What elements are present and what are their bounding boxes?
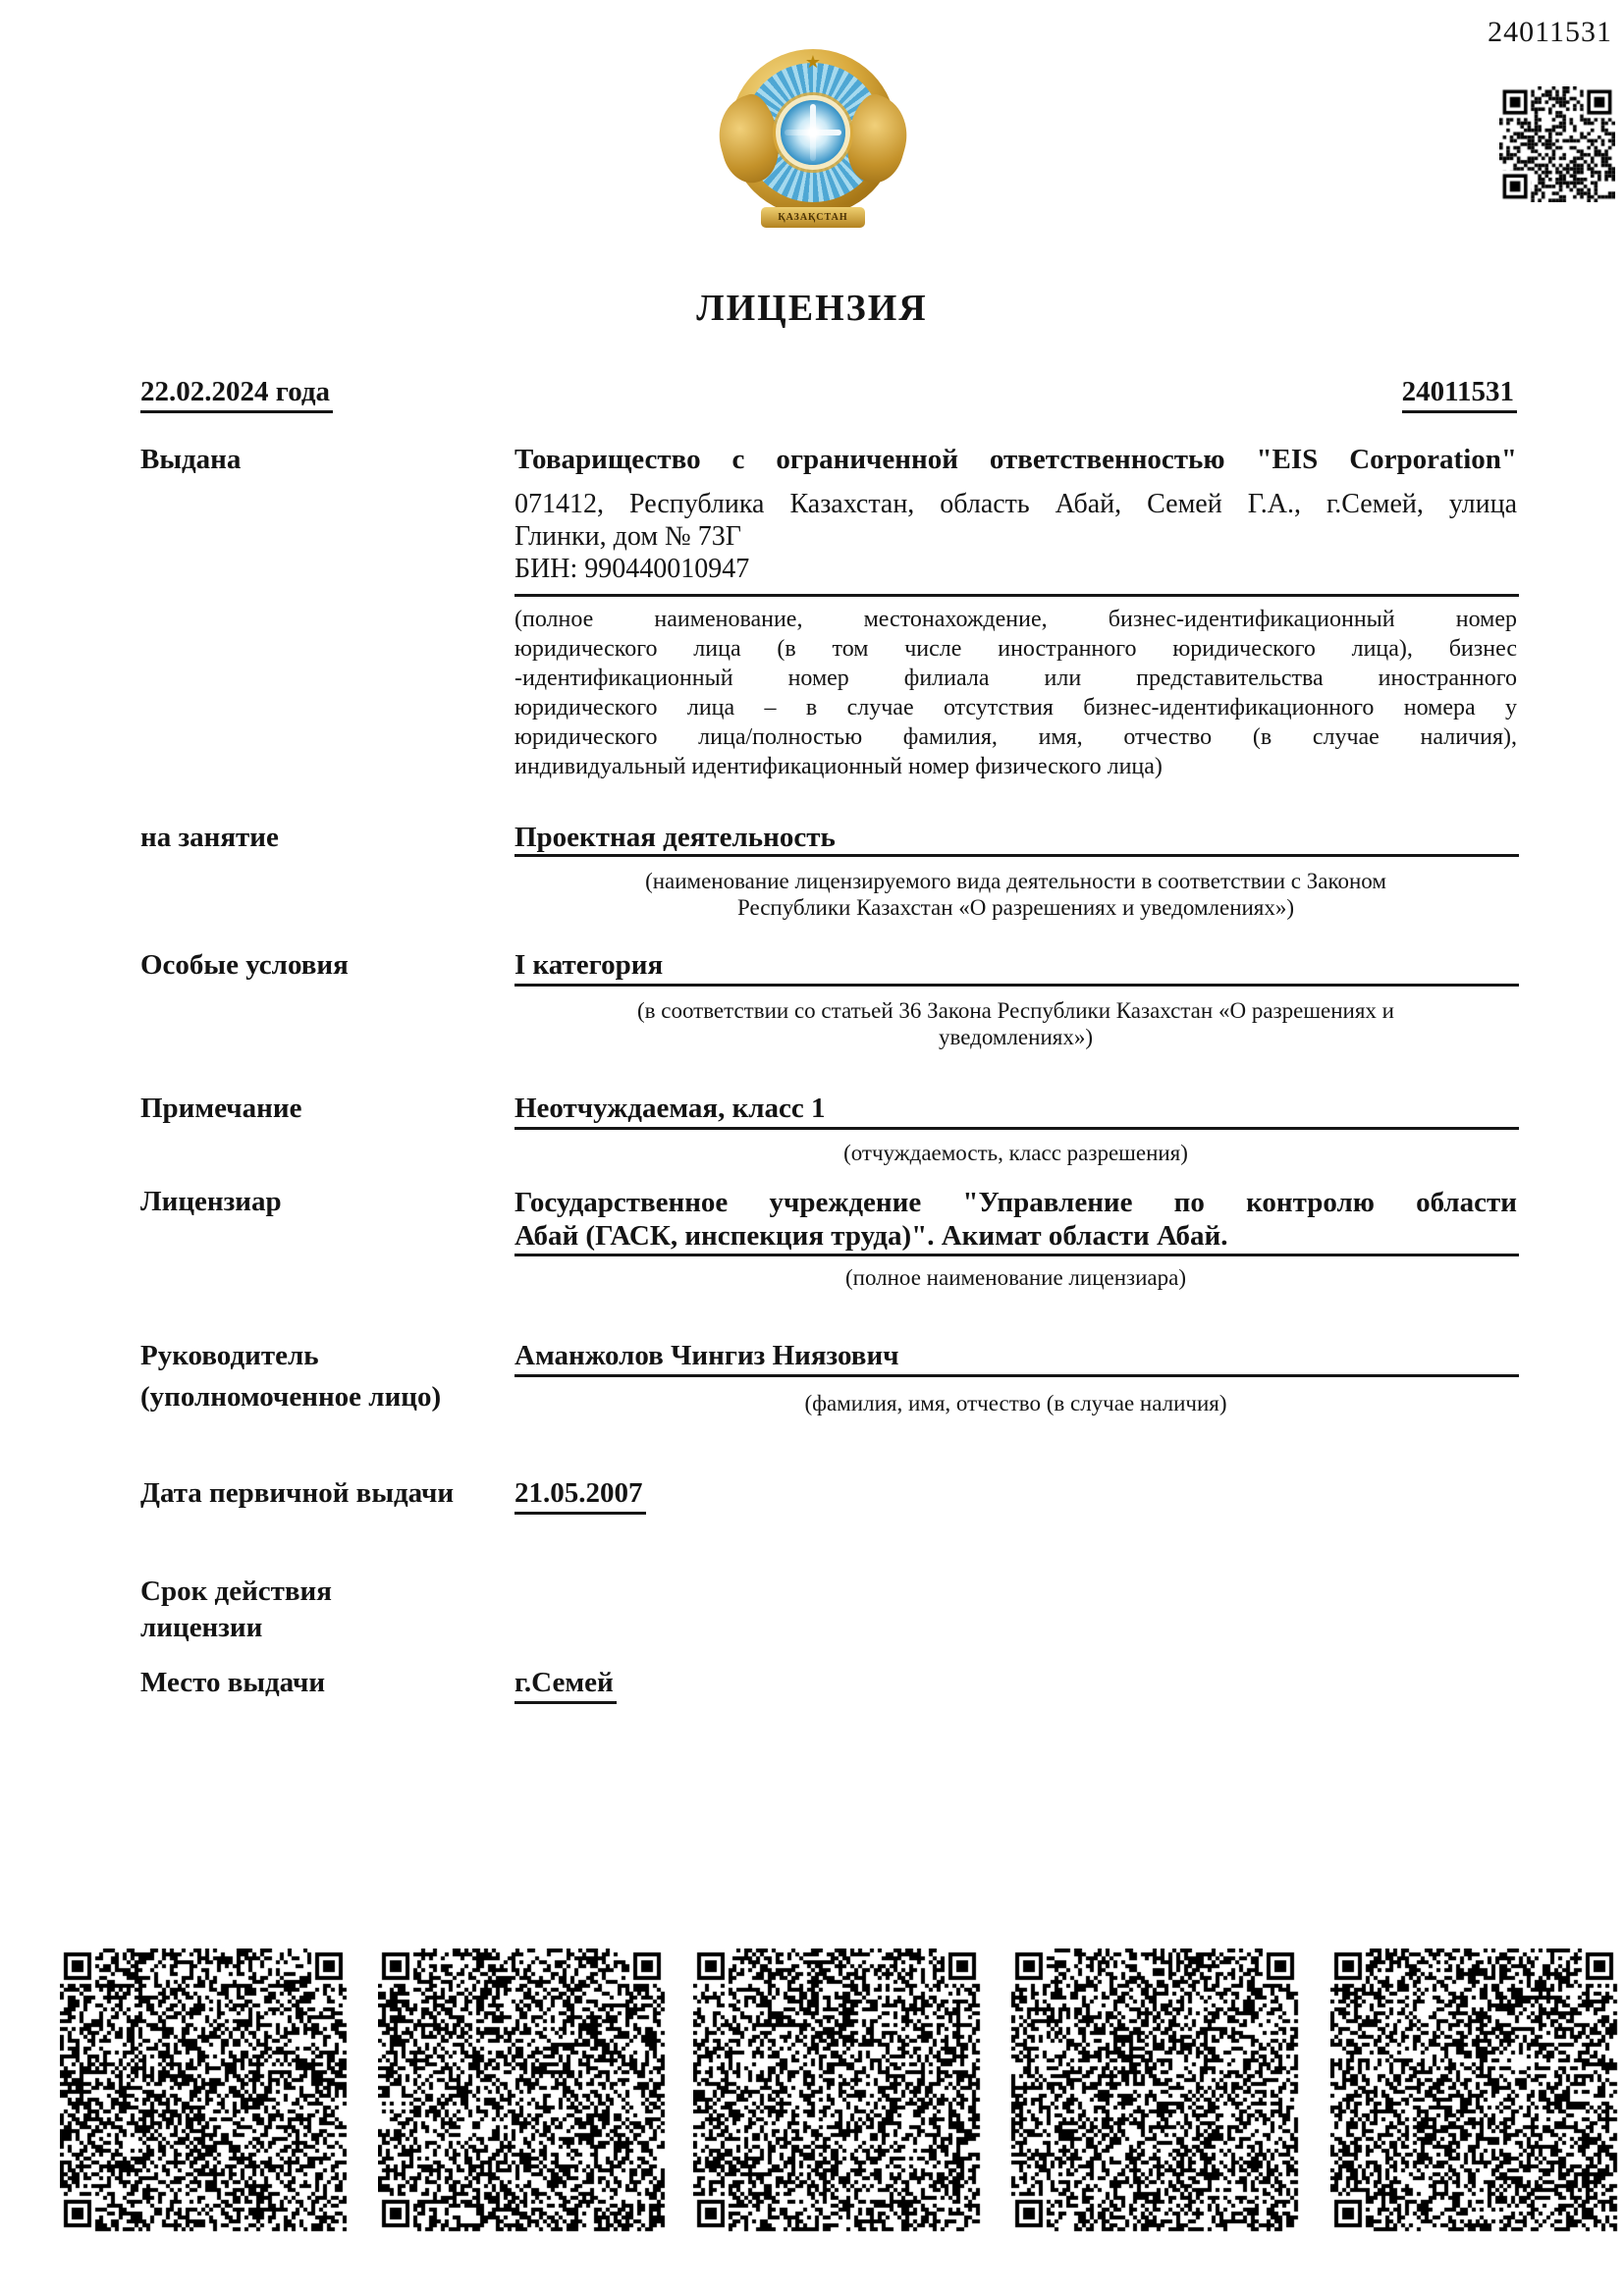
- field-label-special-conditions: Особые условия: [140, 949, 349, 982]
- license-number: 24011531: [1402, 376, 1517, 413]
- field-value-issued-to: Товарищество с ограниченной ответственно…: [514, 444, 1517, 476]
- field-value-remark: Неотчуждаемая, класс 1: [514, 1093, 1517, 1125]
- field-label-head: Руководитель: [140, 1340, 319, 1372]
- field-label-activity: на занятие: [140, 822, 279, 854]
- licensor-line: Государственное учреждение "Управление п…: [514, 1186, 1517, 1219]
- field-value-licensor: Государственное учреждение "Управление п…: [514, 1186, 1517, 1253]
- explanation-line: индивидуальный идентификационный номер ф…: [514, 752, 1517, 781]
- licensor-line: Абай (ГАСК, инспекция труда)". Акимат об…: [514, 1219, 1517, 1253]
- licensor-caption: (полное наименование лицензиара): [514, 1264, 1517, 1291]
- document-title: ЛИЦЕНЗИЯ: [0, 287, 1624, 330]
- remark-value: Неотчуждаемая, класс 1: [514, 1093, 1517, 1125]
- caption-line: Республики Казахстан «О разрешениях и ув…: [514, 894, 1517, 921]
- field-label-head-authorized: (уполномоченное лицо): [140, 1381, 441, 1414]
- divider-line: [514, 1127, 1519, 1130]
- activity-value: Проектная деятельность: [514, 822, 1517, 854]
- field-value-special-conditions: I категория: [514, 949, 1517, 982]
- special-conditions-caption: (в соответствии со статьей 36 Закона Рес…: [514, 997, 1517, 1050]
- kazakhstan-state-emblem-icon: ★ ҚАЗАҚСТАН: [727, 47, 899, 224]
- field-value-issue-place: г.Семей: [514, 1667, 1517, 1704]
- field-value-first-issue-date: 21.05.2007: [514, 1477, 1517, 1515]
- issue-date: 22.02.2024 года: [140, 376, 333, 413]
- explanation-line: юридического лица (в том числе иностранн…: [514, 634, 1517, 664]
- field-label-first-issue-date: Дата первичной выдачи: [140, 1477, 454, 1510]
- caption-line: (отчуждаемость, класс разрешения): [514, 1140, 1517, 1166]
- company-address: 071412, Республика Казахстан, область Аб…: [514, 488, 1517, 585]
- special-conditions-value: I категория: [514, 949, 1517, 982]
- field-label-validity: Срок действия лицензии: [140, 1574, 332, 1646]
- caption-line: (полное наименование лицензиара): [514, 1264, 1517, 1291]
- explanation-line: юридического лица – в случае отсутствия …: [514, 693, 1517, 722]
- address-line: 071412, Республика Казахстан, область Аб…: [514, 488, 1517, 520]
- divider-line: [514, 594, 1519, 597]
- signature-barcode-1: [60, 1949, 349, 2233]
- explanation-line: юридического лица/полностью фамилия, имя…: [514, 722, 1517, 752]
- head-name: Аманжолов Чингиз Ниязович: [514, 1340, 1517, 1372]
- issued-to-explanation: (полное наименование, местонахождение, б…: [514, 605, 1517, 781]
- address-line: Глинки, дом № 73Г: [514, 520, 1517, 553]
- caption-line: (фамилия, имя, отчество (в случае наличи…: [514, 1390, 1517, 1416]
- field-label-issued-to: Выдана: [140, 444, 241, 476]
- date-number-row: 24011531 22.02.2024 года: [140, 376, 1517, 413]
- remark-caption: (отчуждаемость, класс разрешения): [514, 1140, 1517, 1166]
- page-number: 24011531: [1488, 16, 1612, 49]
- explanation-line: (полное наименование, местонахождение, б…: [514, 605, 1517, 634]
- field-label-remark: Примечание: [140, 1093, 301, 1125]
- validity-label-line: лицензии: [140, 1610, 332, 1646]
- signature-barcode-3: [693, 1949, 982, 2233]
- signature-barcode-5: [1330, 1949, 1619, 2233]
- divider-line: [514, 1254, 1519, 1256]
- signature-barcode-2: [378, 1949, 667, 2233]
- divider-line: [514, 984, 1519, 987]
- caption-line: (наименование лицензируемого вида деятел…: [514, 868, 1517, 894]
- qr-code: [1499, 86, 1615, 202]
- company-bin: БИН: 990440010947: [514, 553, 1517, 585]
- emblem-star-icon: ★: [805, 53, 821, 71]
- issue-place: г.Семей: [514, 1667, 617, 1704]
- divider-line: [514, 1374, 1519, 1377]
- caption-line: (в соответствии со статьей 36 Закона Рес…: [514, 997, 1517, 1024]
- license-document: 24011531 ★ ҚАЗАҚСТАН ЛИЦЕНЗИЯ 24011531 2…: [0, 0, 1624, 2296]
- emblem-shanyrak: [781, 100, 845, 165]
- field-value-activity: Проектная деятельность: [514, 822, 1517, 854]
- emblem-banner: ҚАЗАҚСТАН: [761, 207, 865, 228]
- first-issue-date: 21.05.2007: [514, 1477, 646, 1515]
- signature-barcode-4: [1011, 1949, 1300, 2233]
- field-value-head: Аманжолов Чингиз Ниязович: [514, 1340, 1517, 1372]
- validity-label-line: Срок действия: [140, 1574, 332, 1610]
- head-caption: (фамилия, имя, отчество (в случае наличи…: [514, 1390, 1517, 1416]
- company-name: Товарищество с ограниченной ответственно…: [514, 444, 1517, 476]
- field-label-issue-place: Место выдачи: [140, 1667, 325, 1699]
- field-label-licensor: Лицензиар: [140, 1186, 282, 1218]
- explanation-line: -идентификационный номер филиала или пре…: [514, 664, 1517, 693]
- caption-line: уведомлениях»): [514, 1024, 1517, 1050]
- divider-line: [514, 854, 1519, 857]
- activity-caption: (наименование лицензируемого вида деятел…: [514, 868, 1517, 921]
